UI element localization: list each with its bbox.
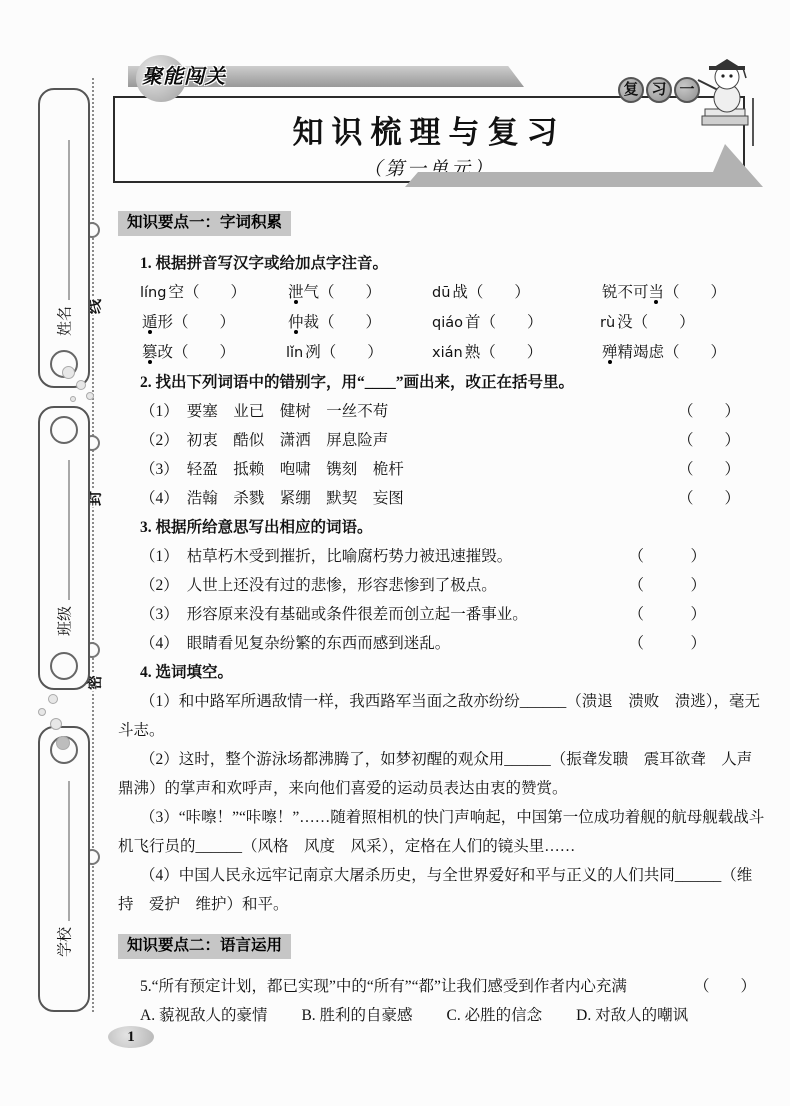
q4-stem: 4. 选词填空。 — [118, 658, 766, 687]
write-line — [64, 460, 70, 600]
q5-stem-row: 5.“所有预定计划，都已实现”中的“所有”“都”让我们感受到作者内心充满 （ ） — [118, 972, 766, 1001]
binding-hole — [50, 652, 78, 680]
bubble-decoration — [50, 718, 62, 730]
worksheet-page: 线 封 密 姓名 班级 学校 知识梳理与复习 （第一单元） 聚能闯关 复 习 一 — [0, 0, 790, 1106]
bubble-decoration — [70, 396, 76, 402]
q4-item: （4）中国人民永远牢记南京大屠杀历史，与全世界爱好和平与正义的人们共同_____… — [118, 861, 766, 919]
pinyin-item: dū战（ ） — [432, 278, 600, 308]
bubble-decoration — [48, 694, 58, 704]
pinyin-item: qiáo首（ ） — [432, 308, 600, 338]
q4-item: （3）“咔嚓！”“咔嚓！”……随着照相机的快门声响起，中国第一位成功着舰的航母舰… — [118, 803, 766, 861]
pinyin-item: 锐不可当（ ） — [600, 278, 766, 308]
q5-option-b: B. 胜利的自豪感 — [301, 1001, 412, 1030]
q3-stem: 3. 根据所给意思写出相应的词语。 — [118, 513, 766, 542]
pinyin-item: líng空（ ） — [140, 278, 286, 308]
badge-char-xi: 习 — [646, 77, 672, 103]
pinyin-item: 泄气（ ） — [286, 278, 432, 308]
content-column: 知识要点一：字词积累 1. 根据拼音写汉字或给加点字注音。 líng空（ ） 泄… — [118, 208, 766, 1030]
mascot-graduate-icon — [696, 50, 750, 128]
q1-pinyin-grid: líng空（ ） 泄气（ ） dū战（ ） 锐不可当（ ） 遁形（ ） 仲裁（ … — [118, 278, 766, 368]
q5-options: A. 藐视敌人的豪情 B. 胜利的自豪感 C. 必胜的信念 D. 对敌人的嘲讽 — [118, 1001, 766, 1030]
q3-row: （3）形容原来没有基础或条件很差而创立起一番事业。（ ） — [118, 600, 766, 629]
q3-row: （2）人世上还没有过的悲惨，形容悲惨到了极点。（ ） — [118, 571, 766, 600]
name-label: 姓名 — [54, 140, 75, 336]
pinyin-item: 仲裁（ ） — [286, 308, 432, 338]
q3-row: （1）枯草朽木受到摧折，比喻腐朽势力被迅速摧毁。（ ） — [118, 542, 766, 571]
q4-item: （2）这时，整个游泳场都沸腾了，如梦初醒的观众用______（振聋发聩 震耳欲聋… — [118, 745, 766, 803]
q2-row: （3）轻盈 抵赖 咆啸 镌刻 桅杆（ ） — [118, 455, 766, 484]
q5-option-c: C. 必胜的信念 — [447, 1001, 543, 1030]
brand-logo: 聚能闯关 — [142, 60, 226, 89]
pinyin-item: rù没（ ） — [600, 308, 766, 338]
binding-hole — [50, 416, 78, 444]
bubble-decoration — [62, 366, 75, 379]
pinyin-item: 篡改（ ） — [140, 338, 286, 368]
q5-option-a: A. 藐视敌人的豪情 — [140, 1001, 267, 1030]
class-field-box: 班级 — [38, 406, 90, 690]
q1-stem: 1. 根据拼音写汉字或给加点字注音。 — [118, 249, 766, 278]
bubble-decoration — [86, 392, 94, 400]
q4-item: （1）和中路军所遇敌情一样，我西路军当面之敌亦纷纷______（溃退 溃败 溃逃… — [118, 687, 766, 745]
write-line — [64, 781, 70, 921]
q2-row: （1）要塞 业已 健树 一丝不苟（ ） — [118, 397, 766, 426]
pinyin-item: lǐn冽（ ） — [286, 338, 432, 368]
section1-heading: 知识要点一：字词积累 — [118, 211, 291, 236]
q2-row: （4）浩翰 杀戮 紧绷 默契 妄图（ ） — [118, 484, 766, 513]
q2-row: （2）初衷 酷似 潇洒 屏息险声（ ） — [118, 426, 766, 455]
section2-heading: 知识要点二：语言运用 — [118, 934, 291, 959]
q5-option-d: D. 对敌人的嘲讽 — [576, 1001, 688, 1030]
q3-row: （4）眼睛看见复杂纷繁的东西而感到迷乱。（ ） — [118, 629, 766, 658]
q5-stem: 5.“所有预定计划，都已实现”中的“所有”“都”让我们感受到作者内心充满 — [118, 972, 627, 1001]
class-label: 班级 — [54, 460, 75, 636]
page-number: 1 — [108, 1026, 154, 1048]
pinyin-item: 殚精竭虑（ ） — [600, 338, 766, 368]
bubble-decoration — [38, 708, 46, 716]
write-line — [64, 140, 70, 300]
q2-stem: 2. 找出下列词语中的错别字，用“____”画出来，改正在括号里。 — [118, 368, 766, 397]
school-field-box: 学校 — [38, 726, 90, 1012]
bubble-decoration — [56, 736, 70, 750]
badge-vertical-line — [752, 98, 754, 146]
seal-dotted-line — [92, 78, 94, 1012]
pinyin-item: xián熟（ ） — [432, 338, 600, 368]
badge-char-fu: 复 — [618, 77, 644, 103]
name-field-box: 姓名 — [38, 88, 90, 388]
bubble-decoration — [76, 380, 86, 390]
gray-arrow-strip — [113, 140, 765, 192]
q5-answer-paren: （ ） — [694, 972, 766, 1001]
school-label: 学校 — [54, 781, 75, 957]
pinyin-item: 遁形（ ） — [140, 308, 286, 338]
